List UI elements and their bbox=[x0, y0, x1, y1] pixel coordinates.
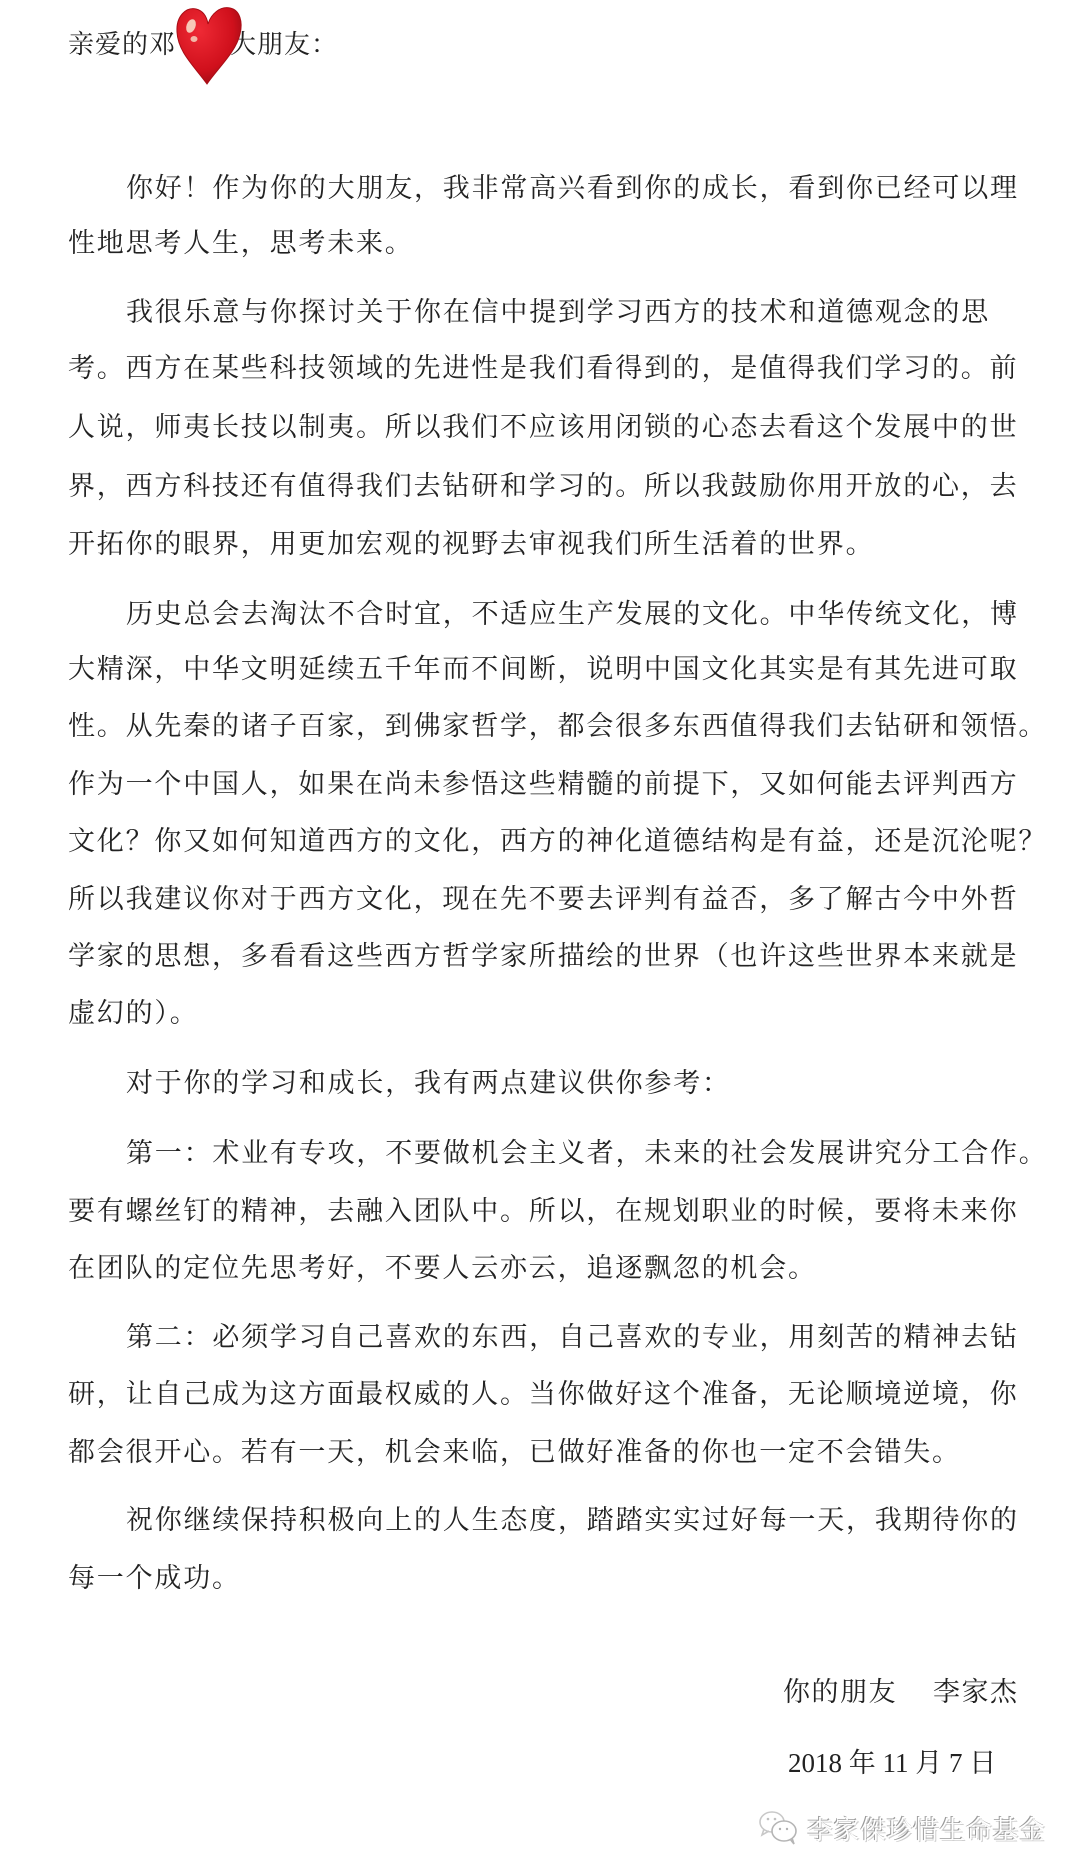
paragraph-2-line-1: 我很乐意与你探讨关于你在信中提到学习西方的技术和道德观念的思 bbox=[126, 296, 990, 330]
paragraph-7-line-2: 每一个成功。 bbox=[68, 1562, 241, 1596]
paragraph-6-line-3: 都会很开心。若有一天，机会来临，已做好准备的你也一定不会错失。 bbox=[68, 1436, 961, 1470]
heart-icon bbox=[174, 4, 244, 86]
paragraph-4-line-1: 对于你的学习和成长，我有两点建议供你参考： bbox=[126, 1067, 731, 1101]
paragraph-7-line-1: 祝你继续保持积极向上的人生态度，踏踏实实过好每一天，我期待你的 bbox=[126, 1504, 1019, 1538]
paragraph-5-line-2: 要有螺丝钉的精神，去融入团队中。所以，在规划职业的时候，要将未来你 bbox=[68, 1195, 1018, 1229]
paragraph-2-line-4: 界，西方科技还有值得我们去钻研和学习的。所以我鼓励你用开放的心，去 bbox=[68, 470, 1018, 504]
paragraph-1-line-1: 你好！作为你的大朋友，我非常高兴看到你的成长，看到你已经可以理 bbox=[126, 172, 1019, 206]
signature-name: 李家杰 bbox=[933, 1677, 1019, 1708]
watermark: 李家傑珍惜生命基金 bbox=[757, 1808, 1046, 1848]
paragraph-1-line-2: 性地思考人生，思考未来。 bbox=[68, 227, 414, 261]
signature: 你的朋友李家杰 bbox=[783, 1676, 1019, 1710]
paragraph-6-line-1: 第二：必须学习自己喜欢的东西，自己喜欢的专业，用刻苦的精神去钻 bbox=[126, 1321, 1019, 1355]
greeting-after-heart: 大朋友： bbox=[230, 30, 338, 60]
wechat-icon bbox=[757, 1808, 801, 1848]
paragraph-3-line-7: 学家的思想，多看看这些西方哲学家所描绘的世界（也许这些世界本来就是 bbox=[68, 940, 1018, 974]
paragraph-6-line-2: 研，让自己成为这方面最权威的人。当你做好这个准备，无论顺境逆境，你 bbox=[68, 1378, 1018, 1412]
paragraph-2-line-3: 人说，师夷长技以制夷。所以我们不应该用闭锁的心态去看这个发展中的世 bbox=[68, 411, 1018, 445]
paragraph-3-line-2: 大精深，中华文明延续五千年而不间断，说明中国文化其实是有其先进可取 bbox=[68, 653, 1018, 687]
paragraph-5-line-1: 第一：术业有专攻，不要做机会主义者，未来的社会发展讲究分工合作。 bbox=[126, 1137, 1048, 1171]
watermark-text: 李家傑珍惜生命基金 bbox=[807, 1810, 1046, 1847]
paragraph-3-line-1: 历史总会去淘汰不合时宜，不适应生产发展的文化。中华传统文化，博 bbox=[126, 598, 1019, 632]
paragraph-3-line-6: 所以我建议你对于西方文化，现在先不要去评判有益否，多了解古今中外哲 bbox=[68, 883, 1018, 917]
letter-date: 2018 年 11 月 7 日 bbox=[788, 1746, 996, 1780]
paragraph-3-line-3: 性。从先秦的诸子百家，到佛家哲学，都会很多东西值得我们去钻研和领悟。 bbox=[68, 710, 1047, 744]
paragraph-3-line-5: 文化？你又如何知道西方的文化，西方的神化道德结构是有益，还是沉沦呢？ bbox=[68, 825, 1047, 859]
paragraph-2-line-5: 开拓你的眼界，用更加宏观的视野去审视我们所生活着的世界。 bbox=[68, 528, 874, 562]
paragraph-3-line-4: 作为一个中国人，如果在尚未参悟这些精髓的前提下，又如何能去评判西方 bbox=[68, 768, 1018, 802]
paragraph-2-line-2: 考。西方在某些科技领域的先进性是我们看得到的，是值得我们学习的。前 bbox=[68, 352, 1018, 386]
greeting-before-heart: 亲爱的邓 bbox=[68, 30, 176, 60]
signature-closing: 你的朋友 bbox=[783, 1677, 897, 1708]
paragraph-3-line-8: 虚幻的）。 bbox=[68, 997, 199, 1031]
paragraph-5-line-3: 在团队的定位先思考好，不要人云亦云，追逐飘忽的机会。 bbox=[68, 1252, 817, 1286]
